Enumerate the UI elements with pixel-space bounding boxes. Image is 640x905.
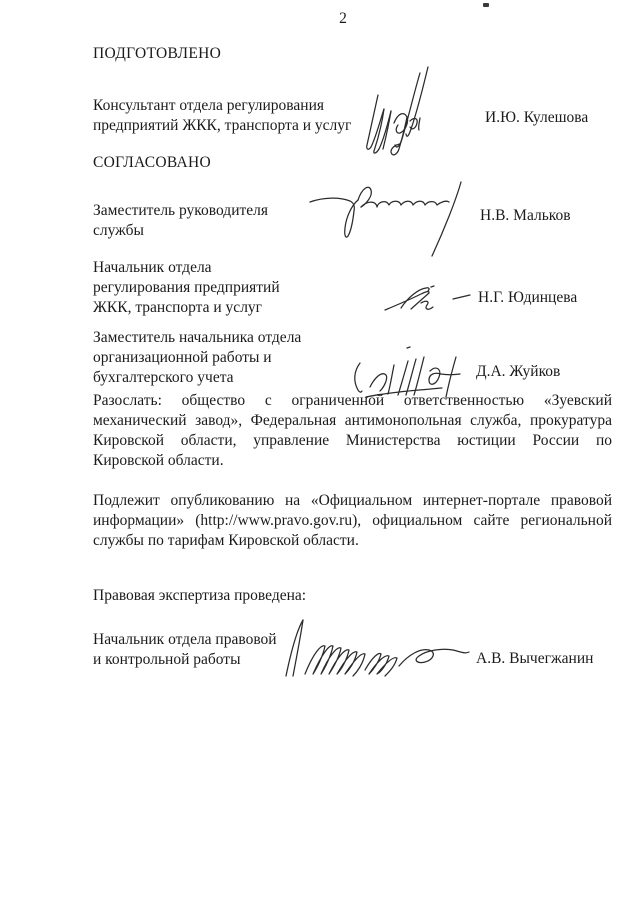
handwritten-signature-icon xyxy=(308,178,470,260)
signature-kuleshova xyxy=(364,61,438,157)
title-line: регулирования предприятий xyxy=(93,278,393,298)
title-line: Начальник отдела xyxy=(93,258,393,278)
document-page: 2 ПОДГОТОВЛЕНО Консультант отдела регули… xyxy=(0,0,640,905)
agreed-entry-title: Заместитель начальника отдела организаци… xyxy=(93,328,393,388)
publication-paragraph: Подлежит опубликованию на «Официальном и… xyxy=(93,491,612,551)
paragraph-line: Подлежит опубликованию на «Официальном и… xyxy=(93,491,612,511)
legal-expertise-line: Правовая экспертиза проведена: xyxy=(93,586,306,606)
title-line: Консультант отдела регулирования xyxy=(93,96,393,116)
handwritten-signature-icon xyxy=(281,618,473,678)
page-number: 2 xyxy=(318,9,368,29)
scan-smudge-mark xyxy=(483,3,489,7)
signature-yudintseva xyxy=(383,283,473,316)
paragraph-line: Кировской области, управление Министерст… xyxy=(93,431,612,451)
prepared-entry-title: Консультант отдела регулирования предпри… xyxy=(93,96,393,136)
paragraph-line: Кировской области. xyxy=(93,451,612,471)
signature-vychegzhanin xyxy=(281,618,473,678)
paragraph-line: службы по тарифам Кировской области. xyxy=(93,531,612,551)
agreed-entry-name: Д.А. Жуйков xyxy=(476,362,560,382)
title-line: организационной работы и xyxy=(93,348,393,368)
agreed-entry-title: Начальник отдела регулирования предприят… xyxy=(93,258,393,318)
agreed-entry-name: Н.Г. Юдинцева xyxy=(478,288,577,308)
agreed-entry-name: Н.В. Мальков xyxy=(480,206,571,226)
title-line: бухгалтерского учета xyxy=(93,368,393,388)
handwritten-signature-icon xyxy=(364,61,438,157)
paragraph-line: механический завод», Федеральная антимон… xyxy=(93,411,612,431)
prepared-heading: ПОДГОТОВЛЕНО xyxy=(93,44,221,64)
title-line: Заместитель начальника отдела xyxy=(93,328,393,348)
legal-entry-name: А.В. Вычегжанин xyxy=(476,649,593,669)
paragraph-line: информации» (http://www.pravo.gov.ru), о… xyxy=(93,511,612,531)
agreed-heading: СОГЛАСОВАНО xyxy=(93,153,211,173)
prepared-entry-name: И.Ю. Кулешова xyxy=(485,108,588,128)
paragraph-line: Разослать: общество с ограниченной ответ… xyxy=(93,391,612,411)
handwritten-signature-icon xyxy=(383,283,473,316)
title-line: ЖКК, транспорта и услуг xyxy=(93,298,393,318)
title-line: предприятий ЖКК, транспорта и услуг xyxy=(93,116,393,136)
signature-malkov xyxy=(308,178,470,260)
dispatch-paragraph: Разослать: общество с ограниченной ответ… xyxy=(93,391,612,471)
